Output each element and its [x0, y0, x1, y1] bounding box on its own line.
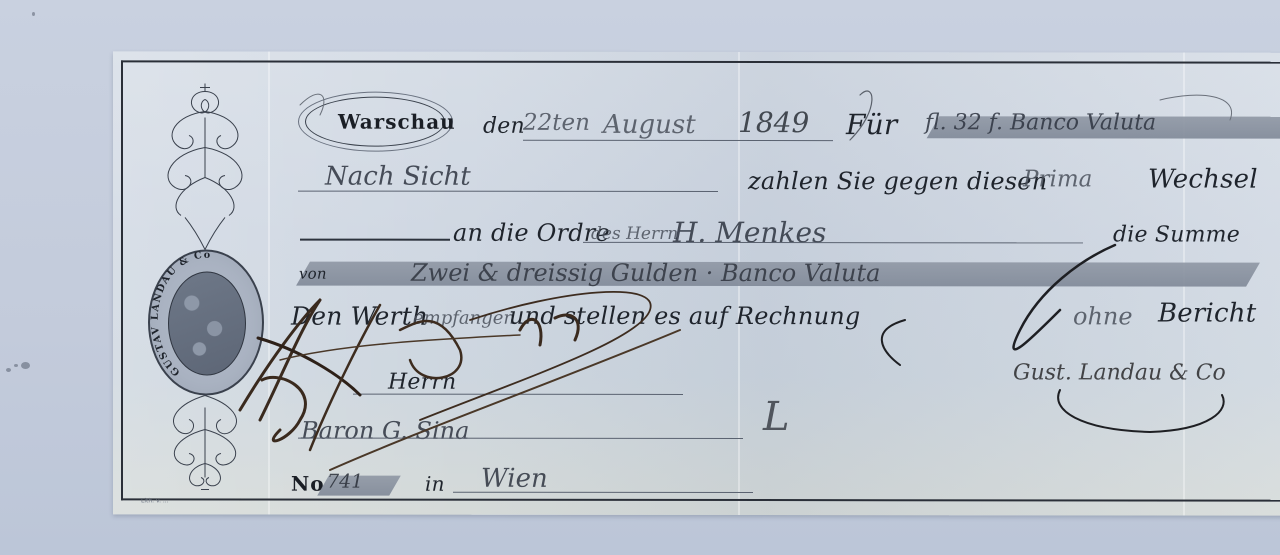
number-value: 741: [327, 471, 363, 493]
date-year: 1849: [738, 106, 809, 139]
value-printed-2: und stellen es auf Rechnung: [509, 302, 860, 330]
value-printed-1: Den Werth: [291, 302, 428, 331]
bill-of-exchange-paper: GUSTAV LANDAU & Co Lith. v. ... Warschau…: [113, 51, 1280, 515]
sum-label: die Summe: [1113, 222, 1240, 247]
place-printed: Warschau: [338, 110, 456, 134]
date-day: 22ten: [523, 110, 590, 136]
payee-name: H. Menkes: [673, 216, 826, 249]
signature: Gust. Landau & Co: [1013, 360, 1226, 385]
value-hand-2: ohne: [1073, 302, 1133, 330]
line2-printed: zahlen Sie gegen diesen: [748, 167, 1047, 195]
dust-speck: [32, 12, 35, 16]
issuer-medallion: GUSTAV LANDAU & Co: [148, 249, 264, 395]
amount-label: Für: [846, 108, 897, 141]
printer-imprint: Lith. v. ...: [141, 497, 169, 504]
date-month: August: [603, 110, 696, 140]
term: Nach Sicht: [325, 162, 471, 192]
amount-box-value: fl. 32 f. Banco Valuta: [925, 110, 1156, 135]
svg-text:GUSTAV LANDAU & Co: GUSTAV LANDAU & Co: [150, 251, 212, 377]
place-prefix: in: [425, 472, 445, 496]
date-prefix: den: [483, 114, 525, 139]
value-printed-3: Bericht: [1158, 298, 1256, 328]
addressee-prefix: Herrn: [388, 370, 456, 395]
bill-kind: Prima: [1023, 166, 1092, 192]
issuer-stamp-text: GUSTAV LANDAU & Co: [150, 251, 212, 377]
value-hand-1: empfangen: [413, 308, 515, 329]
sum-prefix: von: [299, 265, 327, 283]
ink-stain: [6, 362, 34, 376]
place-payable: Wien: [481, 464, 548, 494]
sum-words: Zwei & dreissig Gulden · Banco Valuta: [411, 259, 880, 287]
addressee-name: Baron G. Sina: [301, 417, 469, 445]
bill-word: Wechsel: [1148, 164, 1258, 194]
ledger-mark: L: [763, 394, 790, 440]
